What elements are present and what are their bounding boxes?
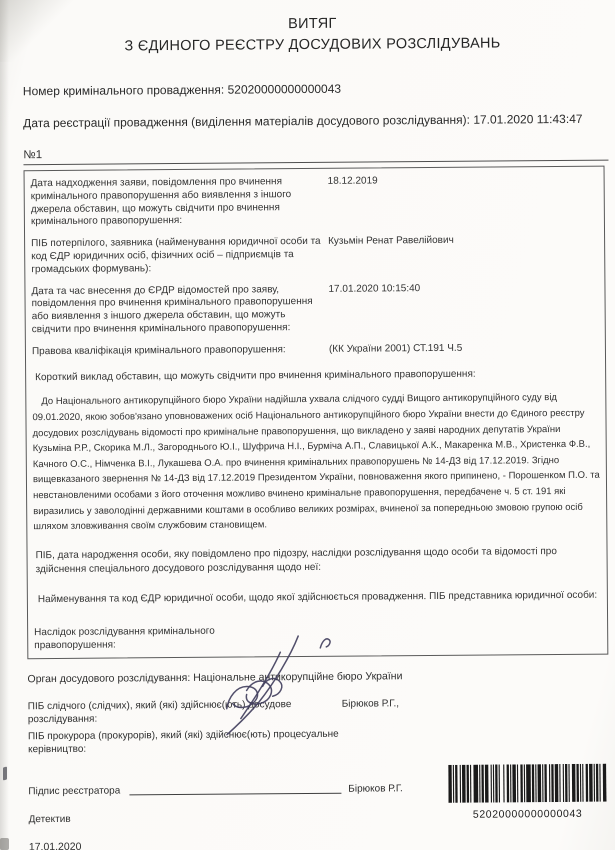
authority-line: Орган досудового розслідування: Націонал… [27, 668, 607, 685]
barcode: 52020000000000043 [446, 764, 608, 821]
table-row: Дата надходження заяви, повідомлення про… [31, 174, 598, 230]
prosecutor-label: ПІБ прокурора (прокурорів), який (які) з… [28, 727, 340, 755]
document-subtitle: З ЄДИНОГО РЕЄСТРУ ДОСУДОВИХ РОЗСЛІДУВАНЬ [22, 33, 602, 59]
investigator-label: ПІБ слідчого (слідчих), який (які) здійс… [28, 697, 340, 725]
scanned-document-page: ВИТЯГ З ЄДИНОГО РЕЄСТРУ ДОСУДОВИХ РОЗСЛІ… [0, 0, 615, 850]
row-value: (КК України 2001) СТ.191 Ч.5 [329, 343, 462, 357]
case-number-line: Номер кримінального провадження: 5202000… [23, 79, 603, 101]
table-row: Дата та час внесення до ЄРДР відомостей … [31, 281, 598, 337]
barcode-value: 52020000000000043 [447, 808, 609, 821]
record-number-rule: №1 [23, 145, 608, 166]
authority-label: Орган досудового розслідування: [27, 671, 190, 684]
row-value: 17.01.2020 10:15:40 [328, 283, 420, 335]
table-row: ПІБ потерпілого, заявника (найменування … [31, 234, 598, 277]
authority-value: Національне антикорупційне бюро України [193, 670, 402, 684]
case-record-table: Дата надходження заяви, повідомлення про… [24, 166, 609, 659]
row-label: Дата та час внесення до ЄРДР відомостей … [31, 283, 321, 336]
row-label: Правова кваліфікація кримінального право… [32, 344, 322, 359]
table-row: Правова кваліфікація кримінального право… [32, 341, 599, 358]
registration-date-line: Дата реєстрації провадження (виділення м… [23, 111, 585, 132]
investigator-row: ПІБ слідчого (слідчих), який (які) здійс… [28, 695, 608, 726]
document-content: ВИТЯГ З ЄДИНОГО РЕЄСТРУ ДОСУДОВИХ РОЗСЛІ… [0, 0, 615, 850]
summary-text: До Національного антикорупційного бюро У… [32, 390, 600, 535]
summary-label: Короткий виклад обставин, що можуть свід… [32, 367, 599, 384]
entity-label: Найменування та код ЄДР юридичної особи,… [34, 589, 601, 606]
row-value: 18.12.2019 [328, 175, 378, 227]
row-value: Кузьмін Ренат Равелійович [328, 235, 454, 274]
case-number-label: Номер кримінального провадження: [23, 83, 224, 99]
signature-underline [129, 780, 341, 795]
suspect-label: ПІБ, дата народження особи, яку повідомл… [33, 544, 600, 576]
registrar-label: Підпис реєстратора [28, 785, 120, 797]
registration-date-label: Дата реєстрації провадження (виділення м… [23, 113, 470, 131]
prosecutor-row: ПІБ прокурора (прокурорів), який (які) з… [28, 725, 608, 756]
barcode-bars [448, 764, 606, 803]
outcome-label: Наслідок розслідування кримінального пра… [34, 624, 244, 652]
row-label: ПІБ потерпілого, заявника (найменування … [31, 236, 321, 277]
registrar-value: Бірюков Р.Г. [348, 783, 403, 794]
document-date: 17.01.2020 [29, 836, 609, 850]
investigator-value: Бірюков Р.Г., [340, 697, 399, 723]
registration-date-value: 17.01.2020 11:43:47 [473, 112, 582, 127]
case-number-value: 52020000000000043 [228, 82, 342, 97]
row-label: Дата надходження заяви, повідомлення про… [31, 176, 321, 229]
record-number: №1 [23, 149, 42, 161]
